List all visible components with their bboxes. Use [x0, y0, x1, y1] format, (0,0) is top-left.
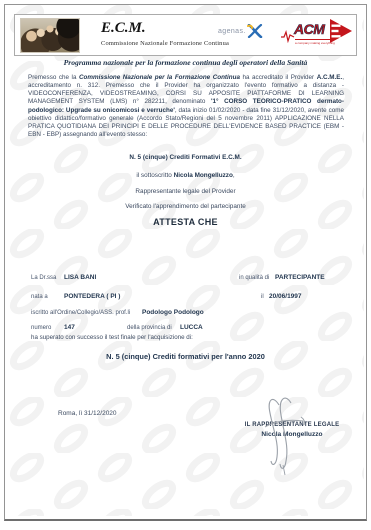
signer-title: IL RAPPRESENTANTE LEGALE: [237, 422, 347, 428]
ecm-logo-title: E.C.M.: [101, 20, 146, 37]
legal-rep-line: Rappresentante legale del Provider: [5, 188, 366, 195]
credits-2020-line: N. 5 (cinque) Crediti formativi per l'an…: [5, 352, 366, 361]
acm-ekg-icon: [281, 29, 295, 43]
birthplace: PONTEDERA ( PI ): [64, 293, 120, 300]
ecm-logo-subtitle: Commissione Nazionale Formazione Continu…: [101, 40, 229, 47]
acm-logo: ACM a company making everything: [283, 18, 355, 52]
province-label: della provincia di: [127, 325, 172, 331]
agenas-logo: agenas.: [218, 24, 263, 38]
signer-name: Nicola Mongelluzzo: [237, 431, 347, 438]
undersigned-name: Nicola Mongelluzzo: [174, 172, 233, 179]
registration-number: 147: [64, 324, 75, 331]
attests-heading: ATTESTA CHE: [5, 217, 366, 227]
place-date: Roma, lì 31/12/2020: [58, 410, 117, 417]
participant-title-label: La Dr.ssa: [31, 275, 56, 281]
agenas-logo-mark: [247, 24, 263, 38]
premise-paragraph: Premesso che la Commissione Nazionale pe…: [28, 74, 344, 139]
premise-run: Premesso che la: [28, 74, 79, 81]
acm-label: ACM: [294, 21, 324, 37]
verified-line: Verificato l'apprendimento del partecipa…: [5, 203, 366, 210]
agenas-label: agenas.: [218, 28, 246, 35]
document-title: Programma nazionale per la formazione co…: [5, 58, 366, 67]
acm-tagline: a company making everything: [295, 39, 335, 45]
registry-label: iscritto all'Ordine/Collegio/ASS. prof.l…: [31, 310, 130, 316]
ecm-painting-image: [20, 18, 80, 53]
passed-test-line: ha superato con successo il test finale …: [31, 334, 193, 341]
province: LUCCA: [180, 324, 203, 331]
provider-name: A.C.M.E.: [317, 74, 343, 81]
participant-role: PARTECIPANTE: [275, 274, 325, 281]
undersigned-suffix: ,: [233, 172, 235, 179]
commission-name: Commissione Nazionale per la Formazione …: [79, 74, 240, 81]
certificate-page: E.C.M. Commissione Nazionale Formazione …: [0, 0, 371, 530]
page-border: E.C.M. Commissione Nazionale Formazione …: [4, 4, 367, 521]
birthdate-label: il: [261, 294, 264, 300]
participant-name: LISA BANI: [64, 274, 96, 281]
premise-run: ha accreditato il Provider: [240, 74, 317, 81]
undersigned-line: il sottoscritto Nicola Mongelluzzo,: [5, 172, 366, 179]
born-label: nata a: [31, 294, 48, 300]
undersigned-prefix: il sottoscritto: [136, 172, 173, 179]
header: E.C.M. Commissione Nazionale Formazione …: [14, 14, 357, 56]
number-label: numero: [31, 325, 51, 331]
role-label: in qualità di: [239, 275, 269, 281]
credits-ecm-line: N. 5 (cinque) Crediti Formativi E.C.M.: [5, 154, 366, 161]
birthdate: 20/06/1997: [269, 293, 302, 300]
profession: Podologo Podologo: [142, 309, 204, 316]
